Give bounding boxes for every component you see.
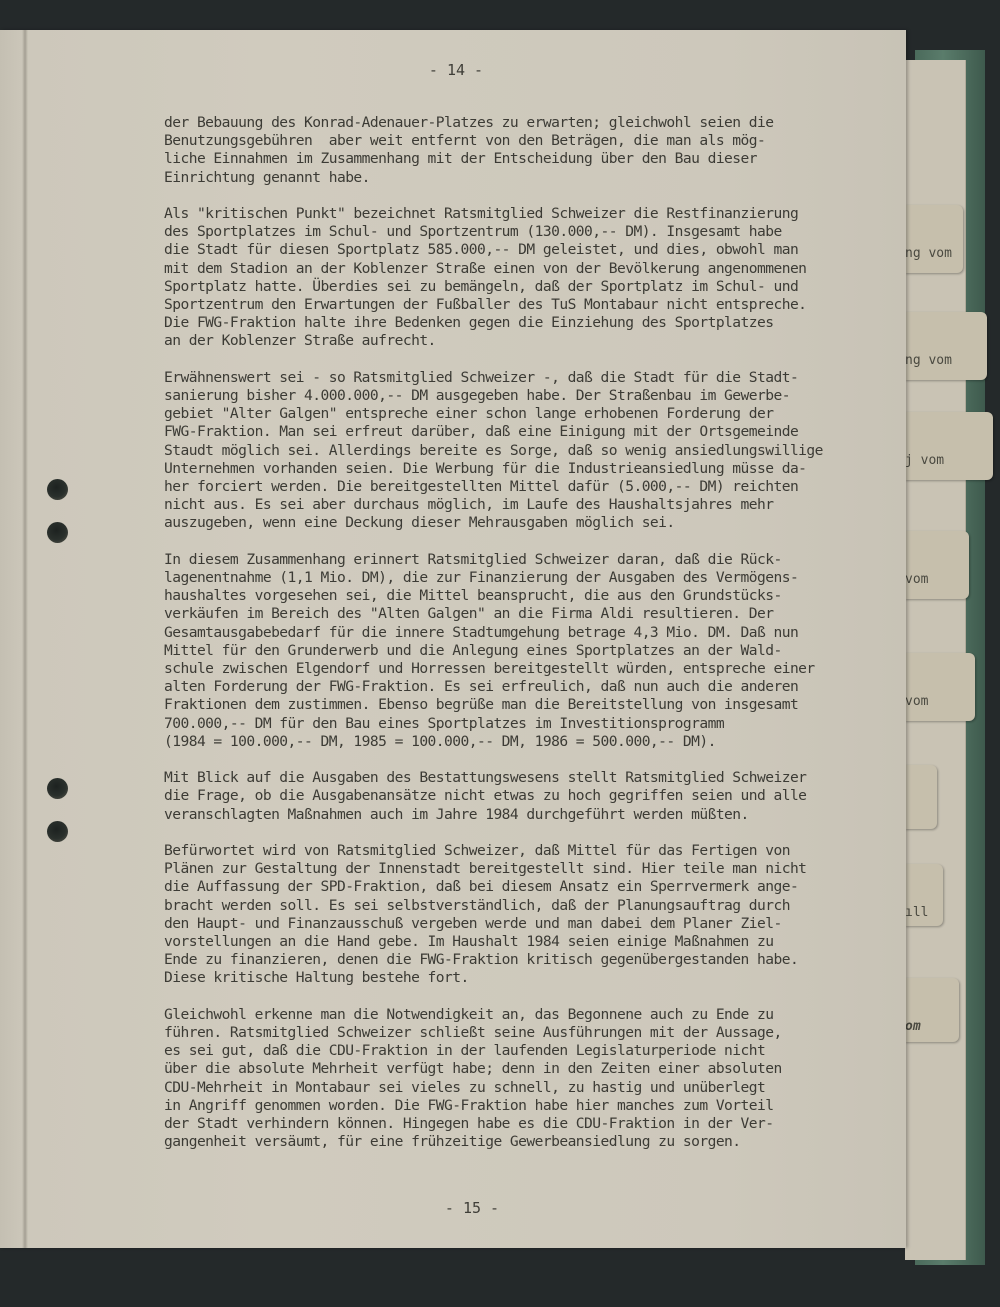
- text-line: Ende zu finanzieren, denen die FWG-Frakt…: [164, 951, 884, 969]
- punch-hole: [47, 522, 68, 543]
- page-fold-shadow: [22, 30, 28, 1248]
- tab-line: j vom: [905, 452, 993, 469]
- text-line: haushaltes vorgesehen sei, die Mittel be…: [164, 587, 884, 605]
- paragraph: Gleichwohl erkenne man die Notwendigkeit…: [164, 1006, 884, 1152]
- index-tab[interactable]: j vom 1984 . VIII: [905, 412, 993, 480]
- tab-line: om: [905, 1018, 959, 1035]
- text-line: Als "kritischen Punkt" bezeichnet Ratsmi…: [164, 205, 884, 223]
- text-line: vorstellungen an die Hand gebe. Im Haush…: [164, 933, 884, 951]
- text-line: veranschlagten Maßnahmen auch im Jahre 1…: [164, 806, 884, 824]
- index-tab[interactable]: ng vom .1984 '. VIII: [905, 312, 987, 380]
- text-line: Benutzungsgebühren aber weit entfernt vo…: [164, 132, 884, 150]
- page-footer-number: - 15 -: [0, 1199, 972, 1217]
- text-line: Erwähnenswert sei - so Ratsmitglied Schw…: [164, 369, 884, 387]
- text-line: Diese kritische Haltung bestehe fort.: [164, 969, 884, 987]
- paragraph: der Bebauung des Konrad-Adenauer-Platzes…: [164, 114, 884, 187]
- text-line: der Stadt verhindern können. Hingegen ha…: [164, 1115, 884, 1133]
- text-line: die Stadt für diesen Sportplatz 585.000,…: [164, 241, 884, 259]
- text-line: bracht werden soll. Es sei selbstverstän…: [164, 897, 884, 915]
- text-line: an der Koblenzer Straße aufrecht.: [164, 332, 884, 350]
- text-line: Die FWG-Fraktion halte ihre Bedenken geg…: [164, 314, 884, 332]
- text-line: Mit Blick auf die Ausgaben des Bestattun…: [164, 769, 884, 787]
- text-line: die Frage, ob die Ausgabenansätze nicht …: [164, 787, 884, 805]
- text-line: lagenentnahme (1,1 Mio. DM), die zur Fin…: [164, 569, 884, 587]
- text-line: her forciert werden. Die bereitgestellte…: [164, 478, 884, 496]
- text-line: Mittel für den Grunderwerb und die Anleg…: [164, 642, 884, 660]
- paragraph: Erwähnenswert sei - so Ratsmitglied Schw…: [164, 369, 884, 533]
- text-line: Unternehmen vorhanden seien. Die Werbung…: [164, 460, 884, 478]
- text-line: Fraktionen dem zustimmen. Ebenso begrüße…: [164, 696, 884, 714]
- text-line: 700.000,-- DM für den Bau eines Sportpla…: [164, 715, 884, 733]
- text-line: gebiet "Alter Galgen" entspreche einer s…: [164, 405, 884, 423]
- paragraph: Als "kritischen Punkt" bezeichnet Ratsmi…: [164, 205, 884, 351]
- paragraph: Mit Blick auf die Ausgaben des Bestattun…: [164, 769, 884, 824]
- index-tab[interactable]: vom 1984 VIII: [905, 531, 969, 599]
- text-line: es sei gut, daß die CDU-Fraktion in der …: [164, 1042, 884, 1060]
- paragraph: Befürwortet wird von Ratsmitglied Schwei…: [164, 842, 884, 988]
- document-body: der Bebauung des Konrad-Adenauer-Platzes…: [164, 114, 884, 1170]
- text-line: Plänen zur Gestaltung der Innenstadt ber…: [164, 860, 884, 878]
- index-tab[interactable]: om t I: [905, 978, 959, 1042]
- text-line: mit dem Stadion an der Koblenzer Straße …: [164, 260, 884, 278]
- text-line: alten Forderung der FWG-Fraktion. Es sei…: [164, 678, 884, 696]
- text-line: Sportzentrum den Erwartungen der Fußball…: [164, 296, 884, 314]
- index-tab[interactable]: [905, 765, 937, 829]
- punch-hole: [47, 479, 68, 500]
- punch-hole: [47, 778, 68, 799]
- tab-line: ng vom: [905, 352, 987, 369]
- tab-line: vom: [905, 571, 969, 588]
- text-line: auszugeben, wenn eine Deckung dieser Meh…: [164, 514, 884, 532]
- text-line: gangenheit versäumt, für eine frühzeitig…: [164, 1133, 884, 1151]
- text-line: den Haupt- und Finanzausschuß vergeben w…: [164, 915, 884, 933]
- text-line: schule zwischen Elgendorf und Horressen …: [164, 660, 884, 678]
- punch-hole: [47, 821, 68, 842]
- text-line: über die absolute Mehrheit verfügt habe;…: [164, 1060, 884, 1078]
- text-line: In diesem Zusammenhang erinnert Ratsmitg…: [164, 551, 884, 569]
- text-line: Staudt möglich sei. Allerdings bereite e…: [164, 442, 884, 460]
- index-tab[interactable]: vom 1984 IX: [905, 653, 975, 721]
- text-line: des Sportplatzes im Schul- und Sportzent…: [164, 223, 884, 241]
- index-tab[interactable]: ng vom .1984 P. VIII: [905, 205, 963, 273]
- text-line: führen. Ratsmitglied Schweizer schließt …: [164, 1024, 884, 1042]
- text-line: Befürwortet wird von Ratsmitglied Schwei…: [164, 842, 884, 860]
- tab-line: ıll: [905, 904, 943, 921]
- text-line: der Bebauung des Konrad-Adenauer-Platzes…: [164, 114, 884, 132]
- tab-line: vom: [905, 693, 975, 710]
- paragraph: In diesem Zusammenhang erinnert Ratsmitg…: [164, 551, 884, 751]
- index-tab[interactable]: ıll: [905, 864, 943, 926]
- text-line: nicht aus. Es sei aber durchaus möglich,…: [164, 496, 884, 514]
- text-line: in Angriff genommen worden. Die FWG-Frak…: [164, 1097, 884, 1115]
- page-header-number: - 14 -: [0, 61, 956, 79]
- text-line: verkäufen im Bereich des "Alten Galgen" …: [164, 605, 884, 623]
- text-line: Gleichwohl erkenne man die Notwendigkeit…: [164, 1006, 884, 1024]
- text-line: Gesamtausgabebedarf für die innere Stadt…: [164, 624, 884, 642]
- text-line: sanierung bisher 4.000.000,-- DM ausgege…: [164, 387, 884, 405]
- text-line: Sportplatz hatte. Überdies sei zu bemäng…: [164, 278, 884, 296]
- tab-line: ng vom: [905, 245, 963, 262]
- text-line: Einrichtung genannt habe.: [164, 169, 884, 187]
- text-line: FWG-Fraktion. Man sei erfreut darüber, d…: [164, 423, 884, 441]
- text-line: CDU-Mehrheit in Montabaur sei vieles zu …: [164, 1079, 884, 1097]
- text-line: liche Einnahmen im Zusammenhang mit der …: [164, 150, 884, 168]
- text-line: (1984 = 100.000,-- DM, 1985 = 100.000,--…: [164, 733, 884, 751]
- text-line: die Auffassung der SPD-Fraktion, daß bei…: [164, 878, 884, 896]
